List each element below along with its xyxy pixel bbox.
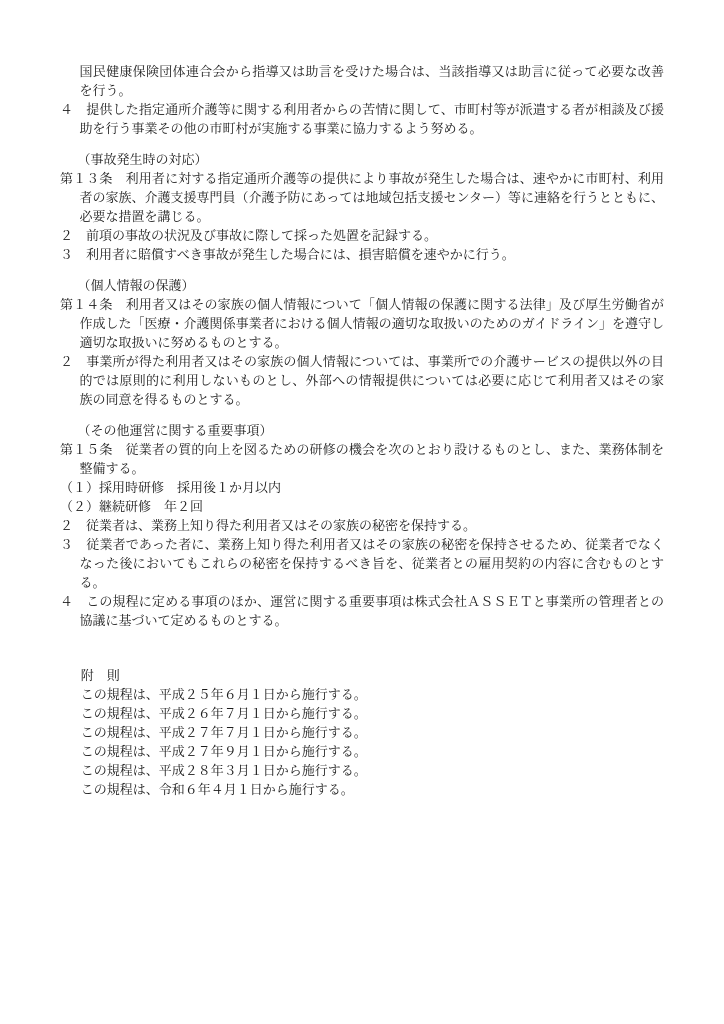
carryover-paragraph: 国民健康保険団体連合会から指導又は助言を受けた場合は、当該指導又は助言に従って必… [60,63,664,101]
section-gap [60,410,664,422]
supplementary-provision: この規程は、平成２５年６月１日から施行する。 [60,686,664,705]
privacy-section-heading: （個人情報の保護） [60,277,664,296]
supplementary-provision: この規程は、平成２６年７月１日から施行する。 [60,705,664,724]
article-15-item-2: ２ 従業者は、業務上知り得た利用者又はその家族の秘密を保持する。 [60,517,664,536]
article-15-paragraph: 第１５条 従業者の質的向上を図るための研修の機会を次のとおり設けるものとし、また… [60,441,664,479]
section-gap [60,139,664,151]
article-15-sub-item-1: （１）採用時研修 採用後１か月以内 [60,479,664,498]
article-13-item-2: ２ 前項の事故の状況及び事故に際して採った処置を記録する。 [60,227,664,246]
article-15-item-3: ３ 従業者であった者に、業務上知り得た利用者又はその家族の秘密を保持させるため、… [60,536,664,593]
paragraph-item-4: ４ 提供した指定通所介護等に関する利用者からの苦情に関して、市町村等が派遣する者… [60,101,664,139]
supplementary-provision: この規程は、令和６年４月１日から施行する。 [60,781,664,800]
article-14-paragraph: 第１４条 利用者又はその家族の個人情報について「個人情報の保護に関する法律」及び… [60,296,664,353]
article-14-item-2: ２ 事業所が得た利用者又はその家族の個人情報については、事業所での介護サービスの… [60,353,664,410]
article-15-sub-item-2: （２）継続研修 年２回 [60,498,664,517]
section-gap [60,265,664,277]
accident-section-heading: （事故発生時の対応） [60,151,664,170]
pre-supplementary-gap [60,631,664,667]
article-13-paragraph: 第１３条 利用者に対する指定通所介護等の提供により事故が発生した場合は、速やかに… [60,170,664,227]
supplementary-heading: 附 則 [60,667,664,686]
document-body: 国民健康保険団体連合会から指導又は助言を受けた場合は、当該指導又は助言に従って必… [60,63,664,800]
article-15-item-4: ４ この規程に定める事項のほか、運営に関する重要事項は株式会社ＡＳＳＥＴと事業所… [60,593,664,631]
supplementary-provision: この規程は、平成２８年３月１日から施行する。 [60,762,664,781]
article-13-item-3: ３ 利用者に賠償すべき事故が発生した場合には、損害賠償を速やかに行う。 [60,246,664,265]
document-page: 国民健康保険団体連合会から指導又は助言を受けた場合は、当該指導又は助言に従って必… [0,0,724,1024]
supplementary-provision: この規程は、平成２７年７月１日から施行する。 [60,724,664,743]
supplementary-provision: この規程は、平成２７年９月１日から施行する。 [60,743,664,762]
misc-section-heading: （その他運営に関する重要事項） [60,422,664,441]
